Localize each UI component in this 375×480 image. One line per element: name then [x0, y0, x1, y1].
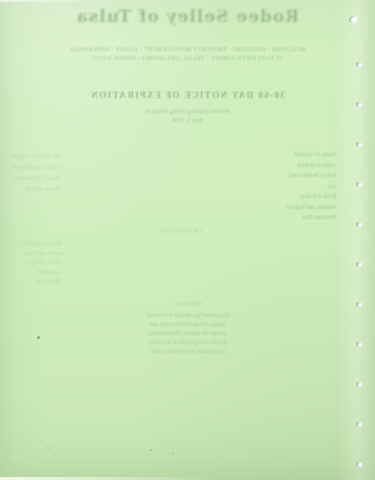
scan-canvas: Rodee Selley of Tulsa REALTORS - INSUROR…: [0, 0, 375, 480]
reminder-line: notice with you: [25, 251, 62, 257]
footer-line: are due and payable at our office: [148, 340, 227, 346]
punch-hole: [356, 142, 362, 147]
notice-subtitle-1: Policies Expiring During Month of: [146, 109, 230, 115]
paper-speck: [150, 449, 152, 451]
address-line: Mr. John Q. Sample: [12, 154, 60, 160]
field-line: Address of Risk: [297, 163, 336, 169]
address-line: Phone 4-5678: [27, 187, 61, 193]
letterhead-subline-2: 15 EAST FIFTH STREET - TULSA, OKLAHOMA -…: [92, 56, 283, 62]
punch-hole: [356, 222, 362, 227]
field-line: Policy Number and Co.: [289, 173, 336, 190]
footer-line: accept our thanks. All premiums: [149, 331, 227, 337]
reminder-line: our office.: [37, 270, 62, 276]
punch-hole: [356, 262, 362, 267]
reminder-line: Please bring this: [22, 241, 62, 247]
notice-title-bleed-text: 30-60 DAY NOTICE OF EXPIRATION: [40, 90, 335, 100]
field-line: Amount and Expires: [286, 205, 336, 211]
letterhead-bleed-text: Rodee Selley of Tulsa: [20, 7, 355, 27]
footer-line: If payment has already been made: [146, 313, 228, 319]
notice-subtitle-bleed-text: Policies Expiring During Month of May 1,…: [90, 108, 285, 125]
field-line: Premium Due: [303, 215, 337, 221]
footer-heading-bleed-text: NOTICE: [120, 302, 255, 308]
punch-hole: [349, 16, 357, 23]
notice-subtitle-2: May 1, 1946: [172, 118, 203, 124]
paper-speck: [172, 452, 174, 454]
address-line: Tulsa 5, Oklahoma: [14, 176, 60, 182]
field-line: Name of Assured: [294, 152, 336, 158]
address-line: 1234 South Main St.: [10, 165, 60, 171]
punch-hole: [356, 462, 362, 467]
reminder-line: Thank you.: [35, 279, 62, 285]
reminder-heading-bleed-text: IMPORTANT: [145, 229, 215, 235]
green-paper-sheet: Rodee Selley of Tulsa REALTORS - INSUROR…: [0, 0, 375, 480]
field-line: Kind of Policy: [301, 194, 336, 200]
paper-speck: [37, 336, 40, 339]
punch-hole: [356, 102, 362, 107]
reminder-block-bleed-text: Please bring this notice with you when c…: [2, 240, 62, 288]
punch-hole: [356, 302, 362, 307]
letterhead-subline-1: REALTORS - INSURORS - PROPERTY MANAGEMEN…: [70, 47, 305, 53]
punch-hole: [356, 422, 362, 427]
punch-hole: [356, 342, 362, 347]
letterhead-subline-bleed-text: REALTORS - INSURORS - PROPERTY MANAGEMEN…: [30, 46, 345, 64]
footer-line: please disregard this notice and: [150, 322, 225, 328]
footer-block-bleed-text: If payment has already been made please …: [70, 312, 305, 357]
punch-hole: [356, 382, 362, 387]
field-column-bleed-text: Name of Assured Address of Risk Policy N…: [286, 150, 336, 224]
footer-line: on or before the expiration date.: [149, 349, 226, 355]
punch-hole: [356, 62, 362, 67]
reminder-line: when calling at: [25, 260, 62, 266]
paper-speck: [47, 447, 49, 449]
address-block-bleed-text: Mr. John Q. Sample 1234 South Main St. T…: [2, 152, 60, 196]
punch-hole: [356, 182, 362, 187]
